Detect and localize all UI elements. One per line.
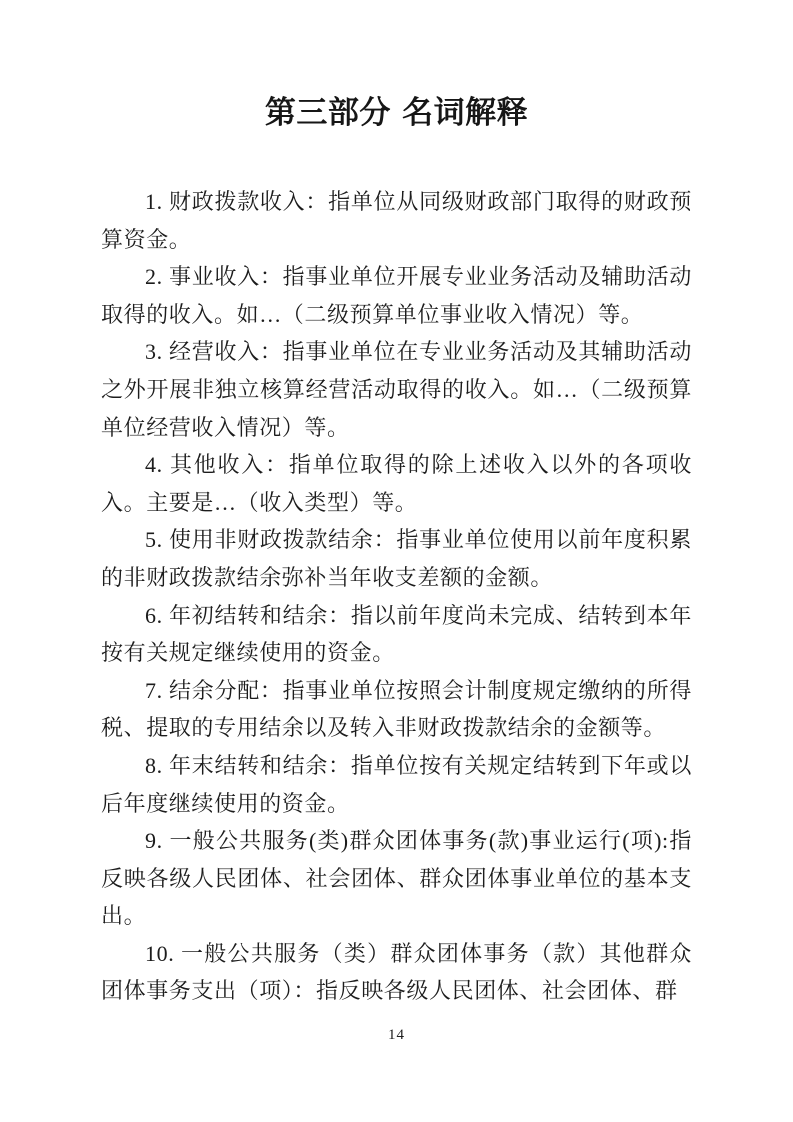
glossary-paragraph-10: 10. 一般公共服务（类）群众团体事务（款）其他群众团体事务支出（项）：指反映各…	[101, 935, 692, 1010]
glossary-paragraph-8: 8. 年末结转和结余：指单位按有关规定结转到下年或以后年度继续使用的资金。	[101, 747, 692, 822]
page-title: 第三部分 名词解释	[0, 0, 793, 134]
glossary-paragraph-6: 6. 年初结转和结余：指以前年度尚未完成、结转到本年按有关规定继续使用的资金。	[101, 597, 692, 672]
glossary-paragraph-7: 7. 结余分配：指事业单位按照会计制度规定缴纳的所得税、提取的专用结余以及转入非…	[101, 672, 692, 747]
glossary-paragraph-5: 5. 使用非财政拨款结余：指事业单位使用以前年度积累的非财政拨款结余弥补当年收支…	[101, 521, 692, 596]
page-number: 14	[0, 1027, 793, 1044]
glossary-paragraph-3: 3. 经营收入：指事业单位在专业业务活动及其辅助活动之外开展非独立核算经营活动取…	[101, 333, 692, 446]
glossary-paragraph-2: 2. 事业收入：指事业单位开展专业业务活动及辅助活动取得的收入。如…（二级预算单…	[101, 258, 692, 333]
glossary-paragraph-1: 1. 财政拨款收入：指单位从同级财政部门取得的财政预算资金。	[101, 183, 692, 258]
glossary-content: 1. 财政拨款收入：指单位从同级财政部门取得的财政预算资金。 2. 事业收入：指…	[101, 183, 692, 1010]
glossary-paragraph-9: 9. 一般公共服务(类)群众团体事务(款)事业运行(项):指反映各级人民团体、社…	[101, 822, 692, 935]
glossary-paragraph-4: 4. 其他收入：指单位取得的除上述收入以外的各项收入。主要是…（收入类型）等。	[101, 446, 692, 521]
document-page: 第三部分 名词解释 1. 财政拨款收入：指单位从同级财政部门取得的财政预算资金。…	[0, 0, 793, 1122]
